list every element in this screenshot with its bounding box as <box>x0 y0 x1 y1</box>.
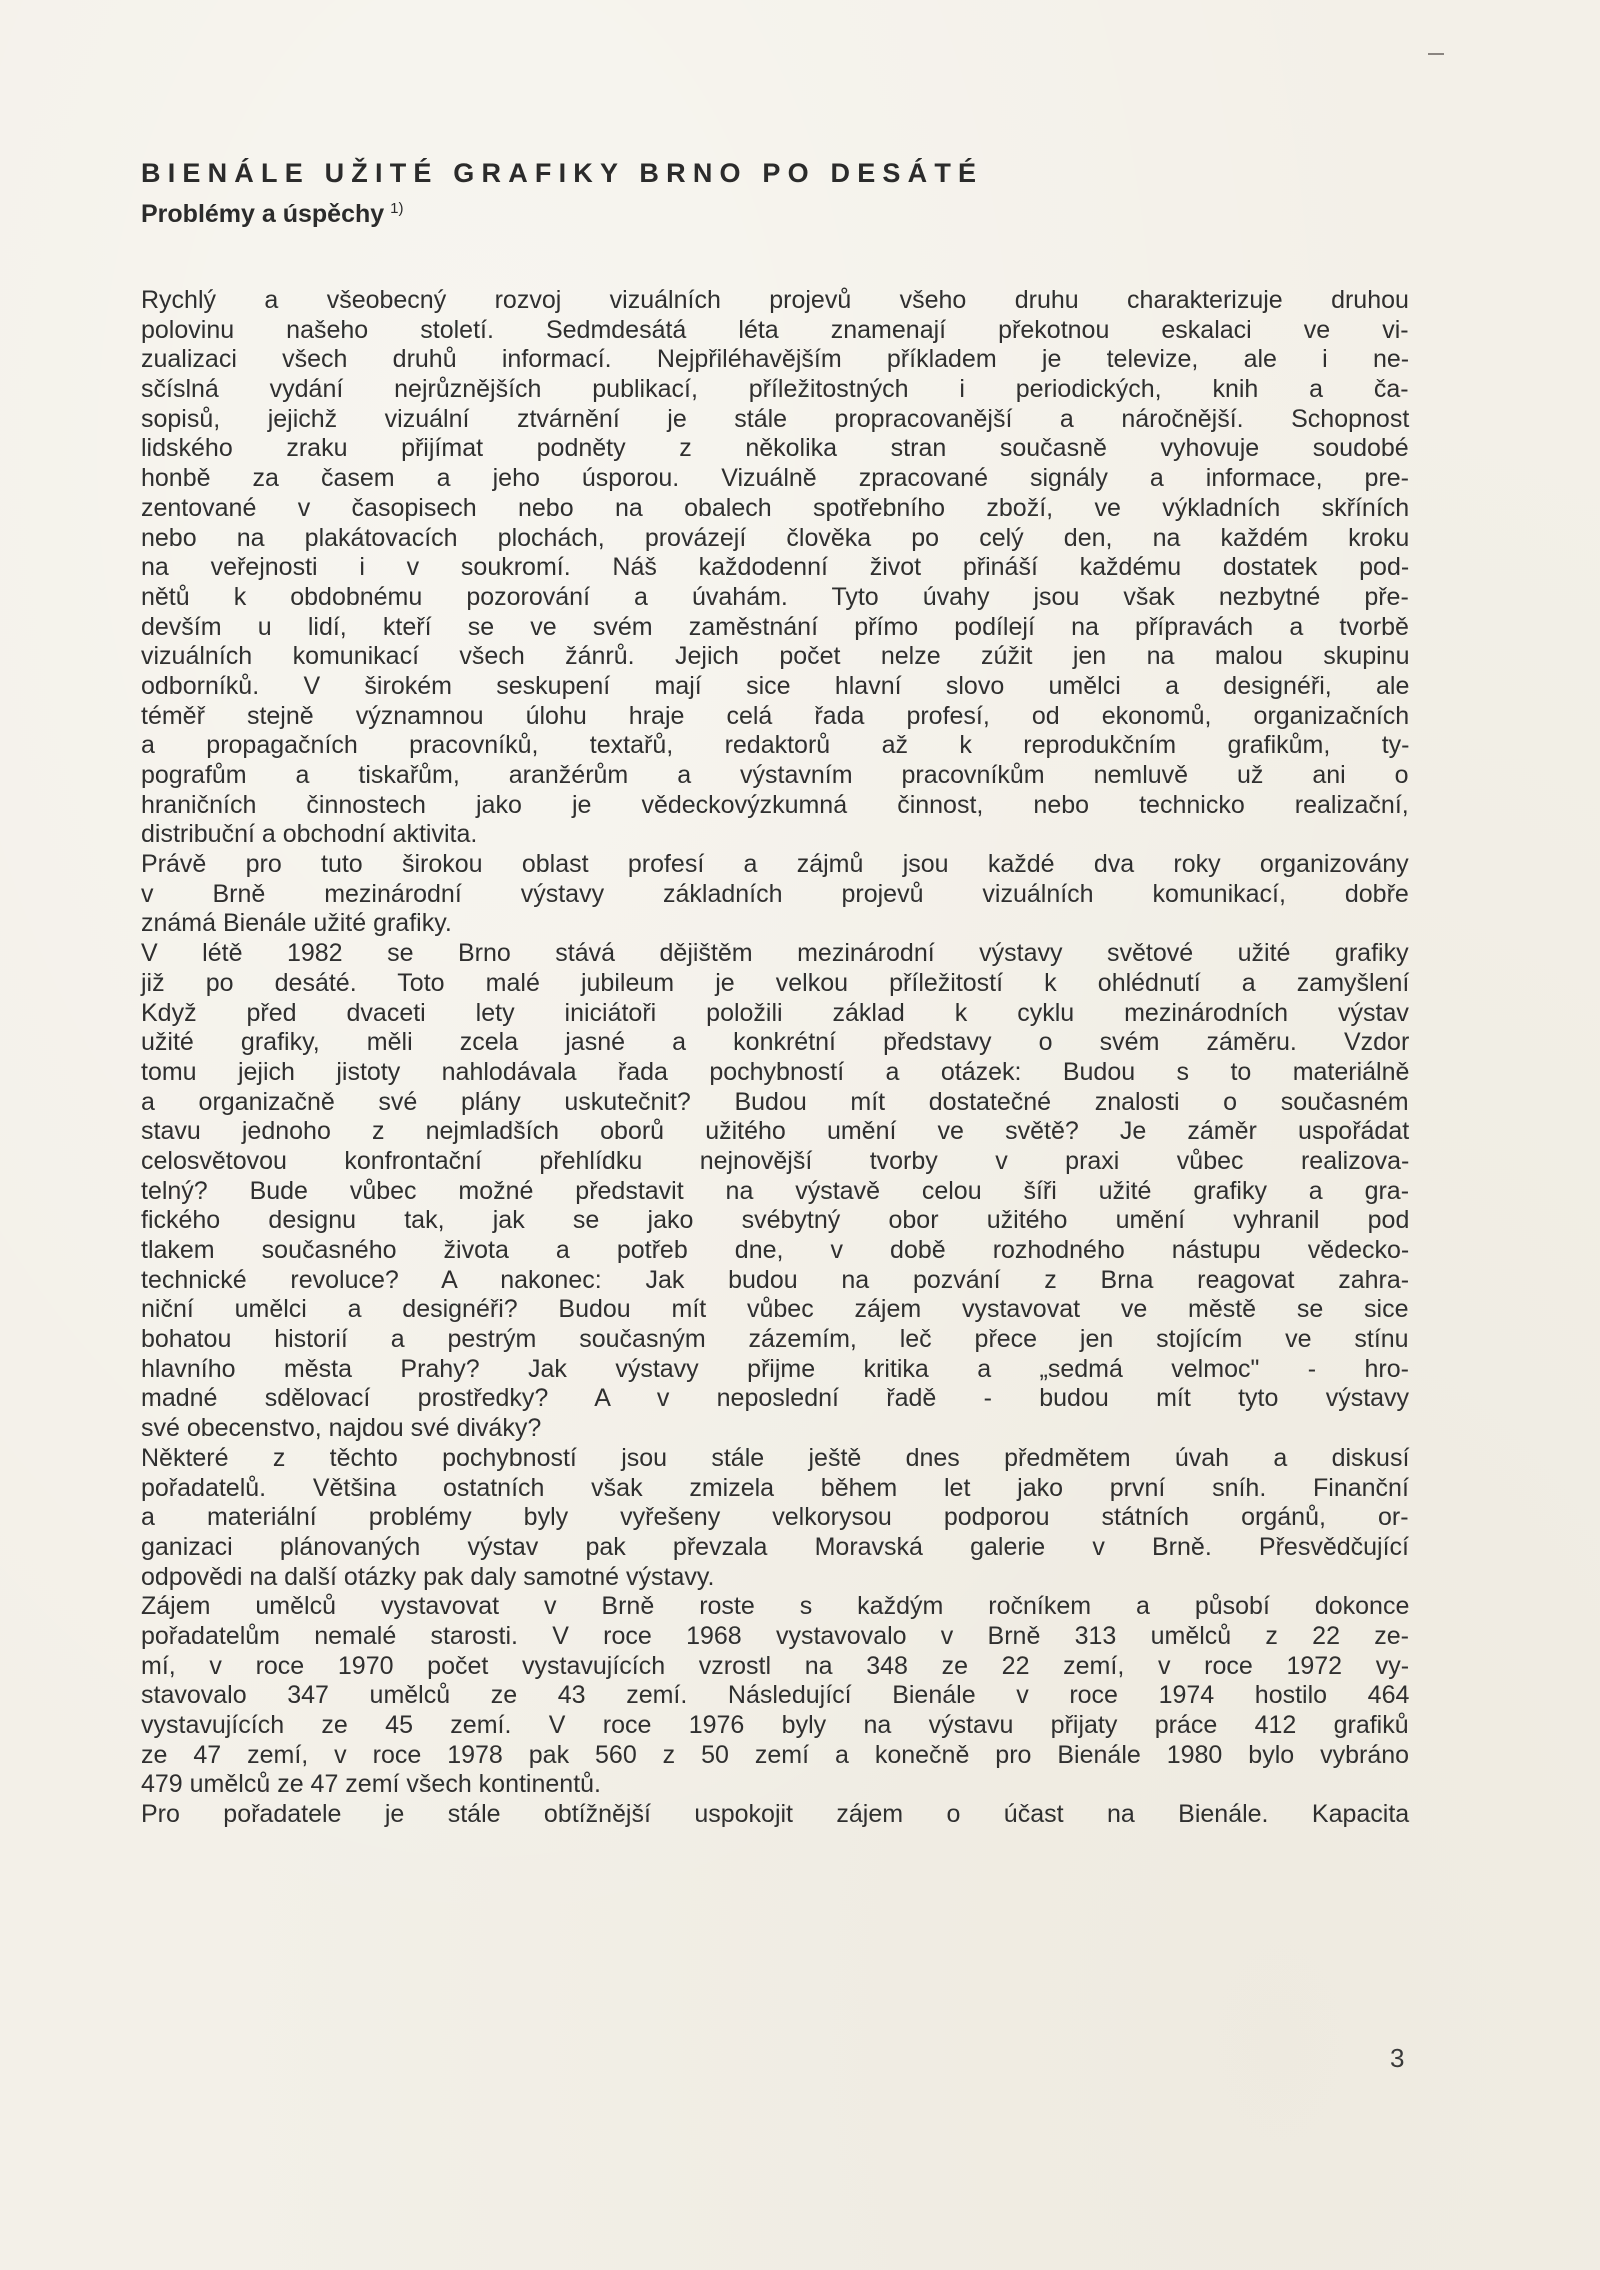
text-line: nebo na plakátovacích plochách, provázej… <box>141 524 1409 554</box>
text-line: distribuční a obchodní aktivita. <box>141 820 1409 850</box>
paragraph: Zájem umělců vystavovat v Brně roste s k… <box>141 1592 1409 1800</box>
text-line: zentované v časopisech nebo na obalech s… <box>141 494 1409 524</box>
text-line: lidského zraku přijímat podněty z několi… <box>141 434 1409 464</box>
text-line: a propagačních pracovníků, textařů, reda… <box>141 731 1409 761</box>
text-line: Rychlý a všeobecný rozvoj vizuálních pro… <box>141 286 1409 316</box>
text-line: vystavujících ze 45 zemí. V roce 1976 by… <box>141 1711 1409 1741</box>
article-title: BIENÁLE UŽITÉ GRAFIKY BRNO PO DESÁTÉ <box>141 157 1409 189</box>
text-line: vizuálních komunikací všech žánrů. Jejic… <box>141 642 1409 672</box>
footnote-marker: 1) <box>390 200 403 217</box>
text-line: stavovalo 347 umělců ze 43 zemí. Následu… <box>141 1681 1409 1711</box>
text-line: Některé z těchto pochybností jsou stále … <box>141 1444 1409 1474</box>
text-line: hraničních činnostech jako je vědeckovýz… <box>141 791 1409 821</box>
text-line: pořadatelům nemalé starosti. V roce 1968… <box>141 1622 1409 1652</box>
text-line: ze 47 zemí, v roce 1978 pak 560 z 50 zem… <box>141 1741 1409 1771</box>
text-line: Zájem umělců vystavovat v Brně roste s k… <box>141 1592 1409 1622</box>
text-line: sopisů, jejichž vizuální ztvárnění je st… <box>141 405 1409 435</box>
text-line: hlavního města Prahy? Jak výstavy přijme… <box>141 1355 1409 1385</box>
text-line: technické revoluce? A nakonec: Jak budou… <box>141 1266 1409 1296</box>
text-line: odborníků. V širokém seskupení mají sice… <box>141 672 1409 702</box>
paragraph: Právě pro tuto širokou oblast profesí a … <box>141 850 1409 939</box>
text-line: honbě za časem a jeho úsporou. Vizuálně … <box>141 464 1409 494</box>
text-line: bohatou historií a pestrým současným záz… <box>141 1325 1409 1355</box>
text-line: polovinu našeho století. Sedmdesátá léta… <box>141 316 1409 346</box>
text-line: stavu jednoho z nejmladších oborů užitéh… <box>141 1117 1409 1147</box>
article-subtitle: Problémy a úspěchy1) <box>141 193 1409 230</box>
text-line: zualizaci všech druhů informací. Nejpřil… <box>141 345 1409 375</box>
text-line: V létě 1982 se Brno stává dějištěm mezin… <box>141 939 1409 969</box>
text-line: známá Bienále užité grafiky. <box>141 909 1409 939</box>
article-body: Rychlý a všeobecný rozvoj vizuálních pro… <box>141 286 1409 1830</box>
text-line: Právě pro tuto širokou oblast profesí a … <box>141 850 1409 880</box>
text-line: v Brně mezinárodní výstavy základních pr… <box>141 880 1409 910</box>
text-line: tomu jejich jistoty nahlodávala řada poc… <box>141 1058 1409 1088</box>
text-line: téměř stejně významnou úlohu hraje celá … <box>141 702 1409 732</box>
text-line: užité grafiky, měli zcela jasné a konkré… <box>141 1028 1409 1058</box>
text-line: mí, v roce 1970 počet vystavujících vzro… <box>141 1652 1409 1682</box>
text-line: a organizačně své plány uskutečnit? Budo… <box>141 1088 1409 1118</box>
text-line: nětů k obdobnému pozorování a úvahám. Ty… <box>141 583 1409 613</box>
text-line: tlakem současného života a potřeb dne, v… <box>141 1236 1409 1266</box>
text-line: madné sdělovací prostředky? A v neposled… <box>141 1384 1409 1414</box>
text-line: celosvětovou konfrontační přehlídku nejn… <box>141 1147 1409 1177</box>
text-line: odpovědi na další otázky pak daly samotn… <box>141 1563 1409 1593</box>
text-line: devším u lidí, kteří se ve svém zaměstná… <box>141 613 1409 643</box>
text-line: a materiální problémy byly vyřešeny velk… <box>141 1503 1409 1533</box>
paragraph: Rychlý a všeobecný rozvoj vizuálních pro… <box>141 286 1409 850</box>
text-line: pořadatelů. Většina ostatních však zmize… <box>141 1474 1409 1504</box>
text-line: Když před dvaceti lety iniciátoři položi… <box>141 999 1409 1029</box>
text-line: telný? Bude vůbec možné představit na vý… <box>141 1177 1409 1207</box>
paragraph: Některé z těchto pochybností jsou stále … <box>141 1444 1409 1592</box>
text-line: sčíslná vydání nejrůznějších publikací, … <box>141 375 1409 405</box>
paragraph: Pro pořadatele je stále obtížnější uspok… <box>141 1800 1409 1830</box>
text-line: pografům a tiskařům, aranžérům a výstavn… <box>141 761 1409 791</box>
text-line: fického designu tak, jak se jako svébytn… <box>141 1206 1409 1236</box>
text-line: na veřejnosti i v soukromí. Náš každoden… <box>141 553 1409 583</box>
subtitle-text: Problémy a úspěchy <box>141 200 384 228</box>
text-line: ganizaci plánovaných výstav pak převzala… <box>141 1533 1409 1563</box>
article: BIENÁLE UŽITÉ GRAFIKY BRNO PO DESÁTÉ Pro… <box>141 157 1409 1830</box>
paragraph: V létě 1982 se Brno stává dějištěm mezin… <box>141 939 1409 1444</box>
corner-mark <box>1428 53 1444 55</box>
text-line: Pro pořadatele je stále obtížnější uspok… <box>141 1800 1409 1830</box>
text-line: 479 umělců ze 47 zemí všech kontinentů. <box>141 1770 1409 1800</box>
text-line: již po desáté. Toto malé jubileum je vel… <box>141 969 1409 999</box>
text-line: své obecenstvo, najdou své diváky? <box>141 1414 1409 1444</box>
page-number: 3 <box>1390 2043 1404 2074</box>
text-line: niční umělci a designéři? Budou mít vůbe… <box>141 1295 1409 1325</box>
